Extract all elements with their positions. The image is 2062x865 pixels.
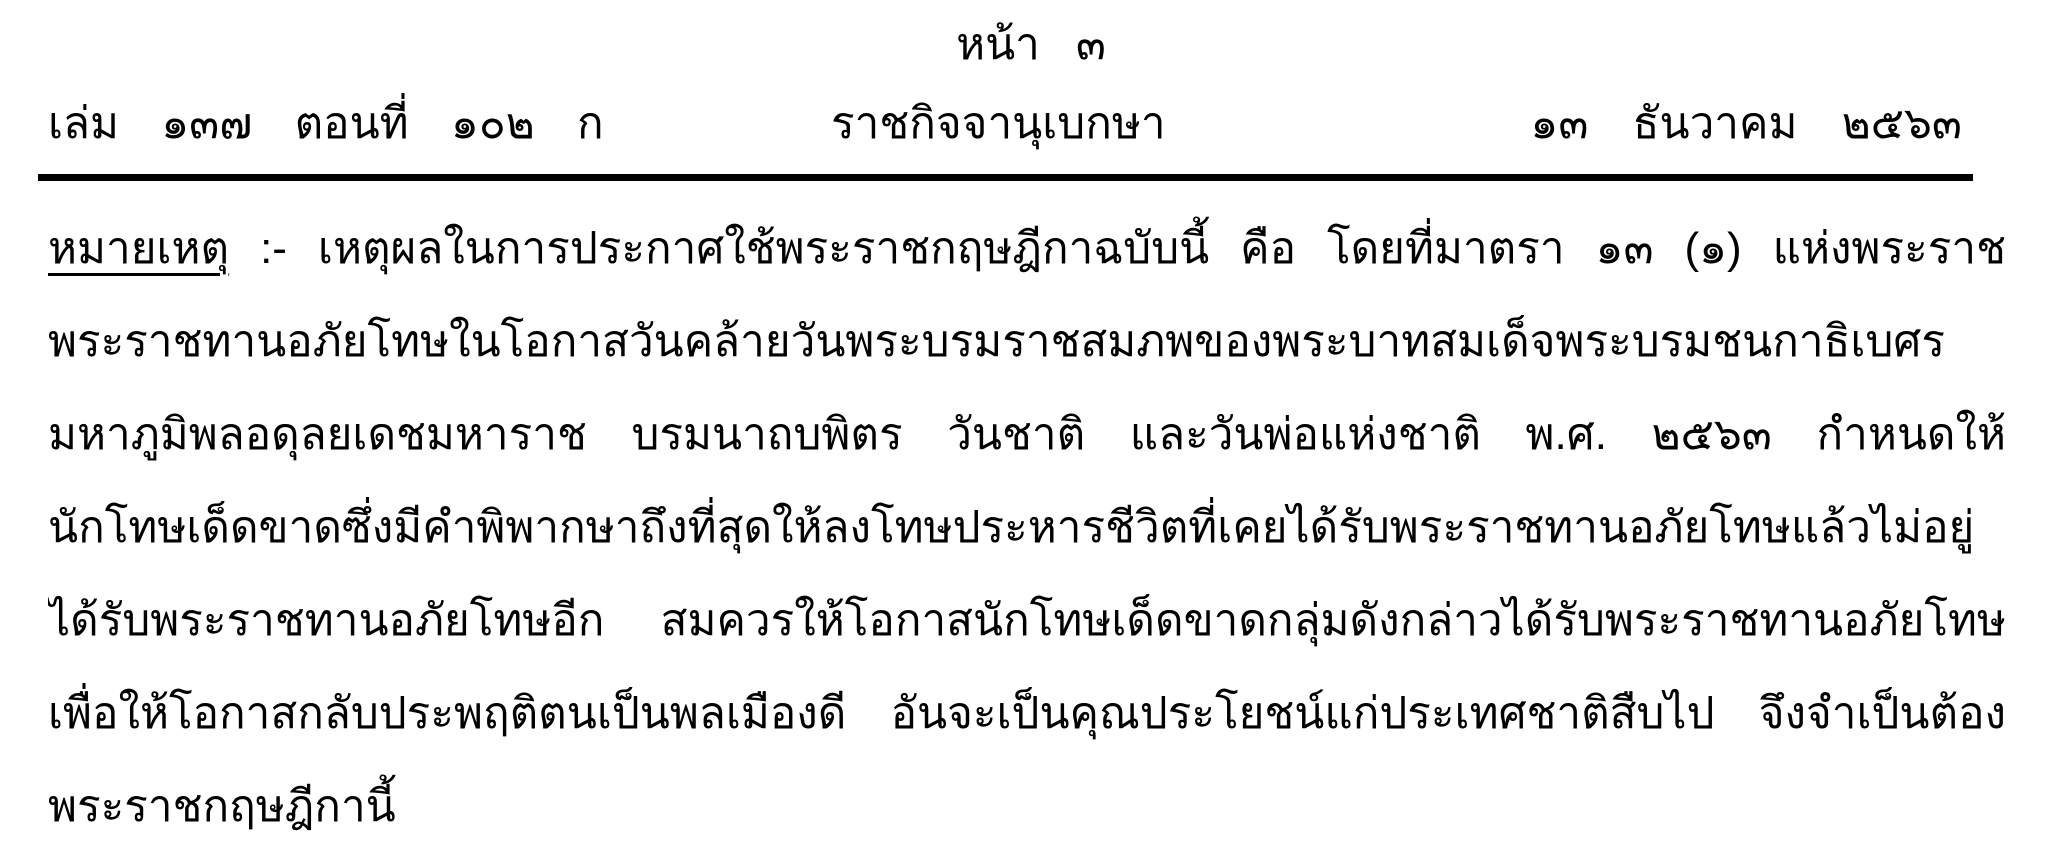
part-label: ตอนที่ [295,84,409,164]
header-rule [38,174,1973,181]
gazette-title: ราชกิจจานุเบกษา [831,84,1166,164]
gazette-page: หน้า๓ เล่ม ๑๓๗ ตอนที่ ๑๐๒ ก ราชกิจจานุเบ… [0,0,2062,865]
note-separator: :- [260,224,287,273]
page-label: หน้า [956,20,1040,69]
date-month: ธันวาคม [1633,84,1798,164]
volume-label: เล่ม [48,84,119,164]
publication-date: ๑๓ ธันวาคม ๒๕๖๓ [1530,84,1962,164]
page-number: ๓ [1076,20,1106,69]
note-line-5: ได้รับพระราชทานอภัยโทษอีก สมควรให้โอกาสน… [48,574,2006,667]
gazette-header-row: เล่ม ๑๓๗ ตอนที่ ๑๐๒ ก ราชกิจจานุเบกษา ๑๓… [48,84,1962,164]
page-number-line: หน้า๓ [0,8,2062,82]
note-line-4: นักโทษเด็ดขาดซึ่งมีคำพิพากษาถึงที่สุดให้… [48,481,2006,574]
note-line-7: พระราชกฤษฎีกานี้ [48,760,2006,853]
note-paragraph: หมายเหตุ :- เหตุผลในการประกาศใช้พระราชกฤ… [48,202,2006,853]
volume-issue-group: เล่ม ๑๓๗ ตอนที่ ๑๐๒ ก [48,84,604,164]
volume-number: ๑๓๗ [161,84,252,164]
note-label: หมายเหตุ [48,224,229,273]
part-number: ๑๐๒ [451,84,535,164]
section-letter: ก [577,84,604,164]
date-day: ๑๓ [1530,84,1588,164]
note-line-1-text: เหตุผลในการประกาศใช้พระราชกฤษฎีกาฉบับนี้… [48,224,2006,295]
note-line-1: หมายเหตุ :- เหตุผลในการประกาศใช้พระราชกฤ… [48,202,2006,295]
note-line-2: พระราชทานอภัยโทษในโอกาสวันคล้ายวันพระบรม… [48,295,2006,388]
note-line-3: มหาภูมิพลอดุลยเดชมหาราช บรมนาถบพิตร วันช… [48,388,2006,481]
date-year: ๒๕๖๓ [1842,84,1962,164]
note-line-6: เพื่อให้โอกาสกลับประพฤติตนเป็นพลเมืองดี … [48,667,2006,760]
